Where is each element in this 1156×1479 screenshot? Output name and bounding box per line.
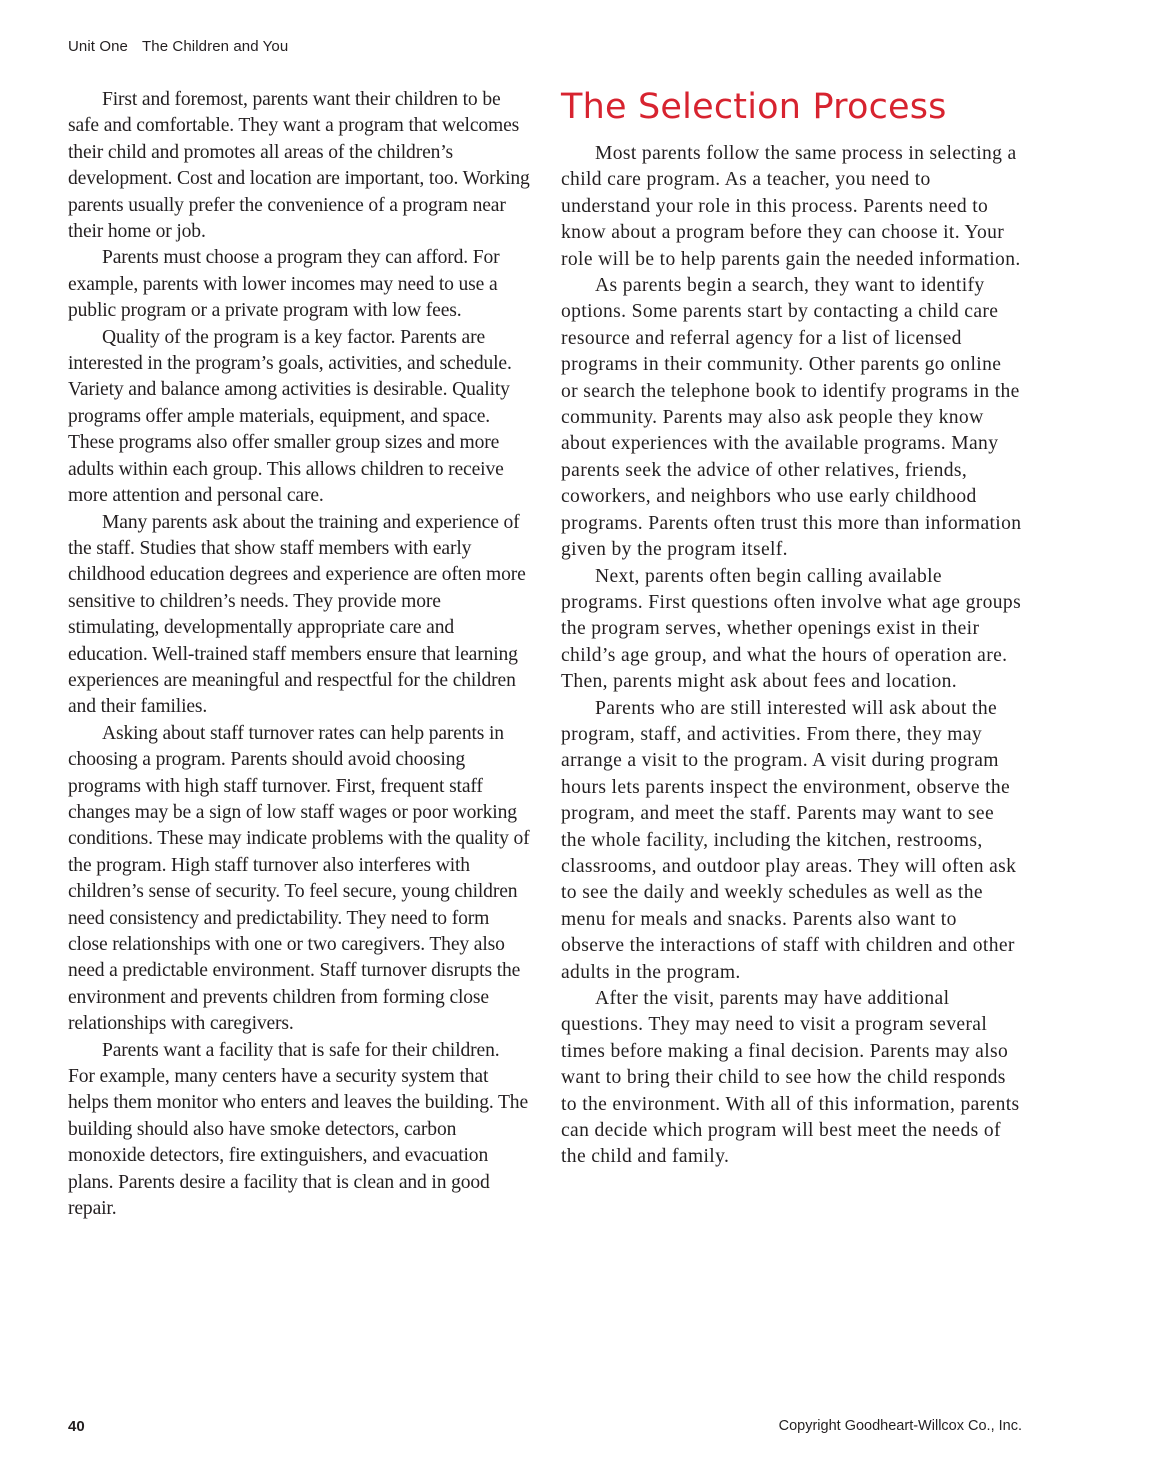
right-column: The Selection Process Most parents follo… bbox=[561, 87, 1023, 1171]
running-header: Unit One The Children and You bbox=[68, 38, 288, 55]
unit-label: Unit One bbox=[68, 38, 128, 55]
paragraph: As parents begin a search, they want to … bbox=[561, 273, 1023, 563]
section-heading: The Selection Process bbox=[561, 87, 1023, 127]
unit-title: The Children and You bbox=[142, 38, 288, 55]
paragraph: First and foremost, parents want their c… bbox=[68, 87, 530, 245]
paragraph: Asking about staff turnover rates can he… bbox=[68, 721, 530, 1038]
paragraph: Parents want a facility that is safe for… bbox=[68, 1038, 530, 1223]
paragraph: After the visit, parents may have additi… bbox=[561, 986, 1023, 1171]
paragraph: Parents who are still interested will as… bbox=[561, 696, 1023, 986]
paragraph: Quality of the program is a key factor. … bbox=[68, 325, 530, 510]
paragraph: Most parents follow the same process in … bbox=[561, 141, 1023, 273]
copyright-notice: Copyright Goodheart-Willcox Co., Inc. bbox=[779, 1418, 1022, 1434]
left-column: First and foremost, parents want their c… bbox=[68, 87, 530, 1222]
paragraph: Parents must choose a program they can a… bbox=[68, 245, 530, 324]
section-body: Most parents follow the same process in … bbox=[561, 141, 1023, 1171]
paragraph: Many parents ask about the training and … bbox=[68, 510, 530, 721]
paragraph: Next, parents often begin calling availa… bbox=[561, 564, 1023, 696]
page-number: 40 bbox=[68, 1418, 85, 1435]
